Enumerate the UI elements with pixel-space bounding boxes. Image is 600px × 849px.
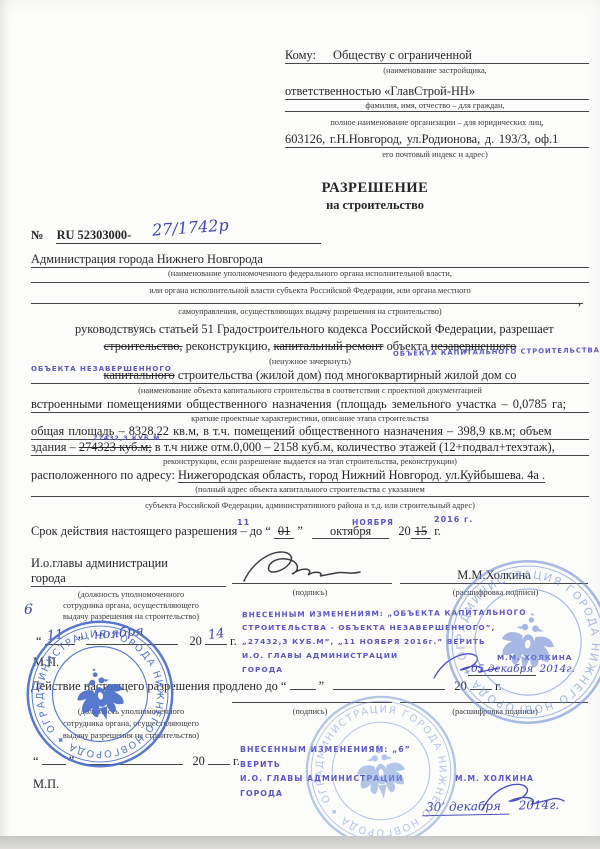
prolongation-date-quote-close: ” [69,754,75,768]
prolongation-day-blank [290,677,316,690]
recipient-hint-4: его почтовый индекс и адрес) [330,150,540,160]
issue-date-hand-day: 11 [46,627,64,644]
prolongation-name-line [400,702,588,703]
prolongation-signature-line [232,702,392,703]
recipient-blank-line [285,98,589,112]
issuer-hint-3: самоуправления, осуществляющих выдачу ра… [31,307,589,317]
signature1-hint-name: (расшифровка подписи) [408,588,583,598]
validity-hand-month: НОЯБРЯ [352,516,394,530]
object-line-2: встроенными помещениями общественного на… [31,397,589,413]
annotation2-date-main: 30’ декабря [422,799,509,817]
issuer-blank-1 [31,271,589,283]
annotation1-date: 05 декабря 2014г. [468,663,575,675]
issue-date-quote-close: ” [78,634,84,648]
recipient-name-part-2: ответственностью «ГлавСтрой-НН» [285,84,475,98]
location-line: расположенного по адресу: Нижегородская … [31,468,589,483]
prolongation-line: Действие настоящего разрешения продлено … [31,677,502,694]
signature1-line [232,583,392,584]
stray-hand-mark: 6 [24,602,33,618]
recipient-address-line: 603126, г.Н.Новгород, ул.Родионова, д. 1… [285,132,589,148]
annotation2-date: 30’ декабря 2014г. [422,798,559,814]
issue-date-year-blank: 14 [205,632,227,645]
issuer-name: Администрация города Нижнего Новгорода [31,252,589,268]
annotation1-line-3: „27432,3 КУБ.М”, „11 НОЯБРЯ 2016г.” ВЕРИ… [242,635,486,649]
recipient-line-1: Кому: Обществу с ограниченной [285,48,589,64]
prolongation-quote-close: ” [319,679,325,693]
validity-hand-year: 2016 г. [434,513,473,527]
annotation2-name: М.М. ХОЛКИНА [455,772,534,786]
prolongation-hint-position-3: выдачу разрешения на строительство) [36,731,226,741]
object-line-1-rest: строительства (жилой дом) под многокварт… [178,368,517,382]
validity-day-struck: 01 [274,524,294,539]
object-line-4-rest: в т.ч ниже отм.0,000 – 2158 куб.м, колич… [155,440,555,454]
prolongation-hint-sign: (подпись) [255,707,365,717]
annotation2-line-4: ГОРОДА [240,787,283,801]
issue-date-quote-open: “ [36,634,42,648]
location-address: Нижегородская область, город Нижний Новг… [178,468,545,483]
signature1-hint-sign: (подпись) [255,588,365,598]
annotation1-line-2: СТРОИТЕЛЬСТВА - ОБЪЕКТА НЕЗАВЕРШЕННОГО”, [242,621,495,635]
recipient-name-part-1: Обществу с ограниченной [333,48,472,62]
permit-struck-construction: строительство, [104,339,183,353]
object-hint-3: реконструкции, если разрешение выдается … [31,457,589,467]
number-handwritten: 27/1742р [151,215,229,239]
validity-quote-close: ” [294,524,303,538]
signatory-name: М.М.Холкина [400,568,588,584]
prolongation-century: 20 [454,679,466,693]
object-hint-2: краткие проектные характеристики, описан… [31,414,589,424]
annotation2-line-3: И.О. ГЛАВЫ АДМИНИСТРАЦИИ [240,772,403,786]
prolongation-hint-position-1: (должность уполномоченного [36,707,226,717]
number-sign: № [31,228,43,242]
object-line-1: капитального строительства (жилой дом) п… [31,368,589,384]
prolongation-hint-position-2: сотрудника органа, осуществляющего [36,719,226,729]
annotation2-line-1: ВНЕСЕННЫМ ИЗМЕНЕНИЯМ: „6” [240,743,411,757]
issue-date-century: 20 [189,634,201,648]
signature1-scribble [238,545,368,587]
permit-struck-capital-repair: капитальный ремонт [274,339,384,353]
issue-date-day-blank: 11 [45,632,75,645]
recipient-hint-1: (наименование застройщика, [300,66,570,76]
issue-date-hand-year: 14 [207,626,225,643]
number-line: № RU 52303000- [31,228,131,243]
signature1-hint-position-2: сотрудника органа, осуществляющего [36,601,226,611]
location-blank-line [31,486,589,497]
annotation1-line-4: И.О. ГЛАВЫ АДМИНИСТРАЦИИ [242,649,398,663]
issue-date-year-suffix: г. [230,634,237,648]
validity-year-struck: 15 [411,524,431,539]
validity-hand-day: 11 [237,516,250,530]
recipient-to-label: Кому: [285,48,316,62]
issue-date-month-blank: ноября [86,632,178,645]
seal-placeholder-2: М.П. [33,777,59,792]
object-line-4-prefix: здания – [31,440,79,454]
prolongation-date-month-blank [83,752,183,765]
prolongation-date-century: 20 [192,754,204,768]
annotation2-line-2: ВЕРИТЬ [240,758,281,772]
prolongation-prefix: Действие настоящего разрешения продлено … [31,679,286,693]
annotation1-date-main: 05 декабря [468,663,536,676]
prolongation-date-year-blank [208,752,230,765]
prolongation-date-quote-open: “ [33,754,39,768]
signatory-position-line-2: города [31,571,226,587]
prolongation-hint-name: (расшифровка подписи) [405,707,585,717]
object-hand-volume-correction: 27432,3 КУБ.М [93,432,160,446]
object-struck-capital: капитального [104,368,175,382]
signature1-hint-position-3: выдачу разрешения на строительство) [36,612,226,622]
issue-date-hand-month: ноября [94,624,145,643]
location-hint-2: субъекта Российской Федерации, администр… [31,501,589,511]
prolongation-date-year-suffix: г. [233,754,240,768]
annotation2-date-year: 2014г. [519,798,560,813]
prolongation-month-blank [333,677,445,690]
document-page: Кому: Обществу с ограниченной (наименова… [0,0,600,849]
recipient-hint-3: полное наименование организации – для юр… [292,118,582,128]
authorizes-line: руководствуясь статьей 51 Градостроитель… [75,322,595,337]
annotation1-date-year: 2014г. [540,663,575,675]
document-title: РАЗРЕШЕНИЕ [255,181,495,196]
annotation1-line-1: ВНЕСЕННЫМ ИЗМЕНЕНИЯМ: „ОБЪЕКТА КАПИТАЛЬН… [242,606,527,622]
location-prefix: расположенного по адресу: [31,468,178,482]
signatory-position-line-1: И.о.главы администрации [31,556,168,571]
validity-century: 20 [398,524,410,538]
object-hint-1: (наименование объекта капитального строи… [31,386,589,396]
number-underline [56,243,321,244]
prolongation-date-line: “ ” 20 г. [33,752,240,769]
prolongation-year-suffix: г. [495,679,502,693]
prolongation-year-blank [470,677,492,690]
annotation1-line-5: ГОРОДА [242,663,283,677]
seal-placeholder-1: М.П. [33,655,59,670]
document-subtitle: на строительство [255,198,495,213]
issue-date-line: “ 11 ” ноября 20 14 г. [36,632,237,649]
permit-plain-reconstruction: реконструкцию, [186,339,271,353]
issuer-blank-2 [31,292,583,304]
number-typed: RU 52303000- [57,228,132,242]
signature1-hint-position-1: (должность уполномоченного [36,590,226,600]
prolongation-date-day-blank [42,752,66,765]
